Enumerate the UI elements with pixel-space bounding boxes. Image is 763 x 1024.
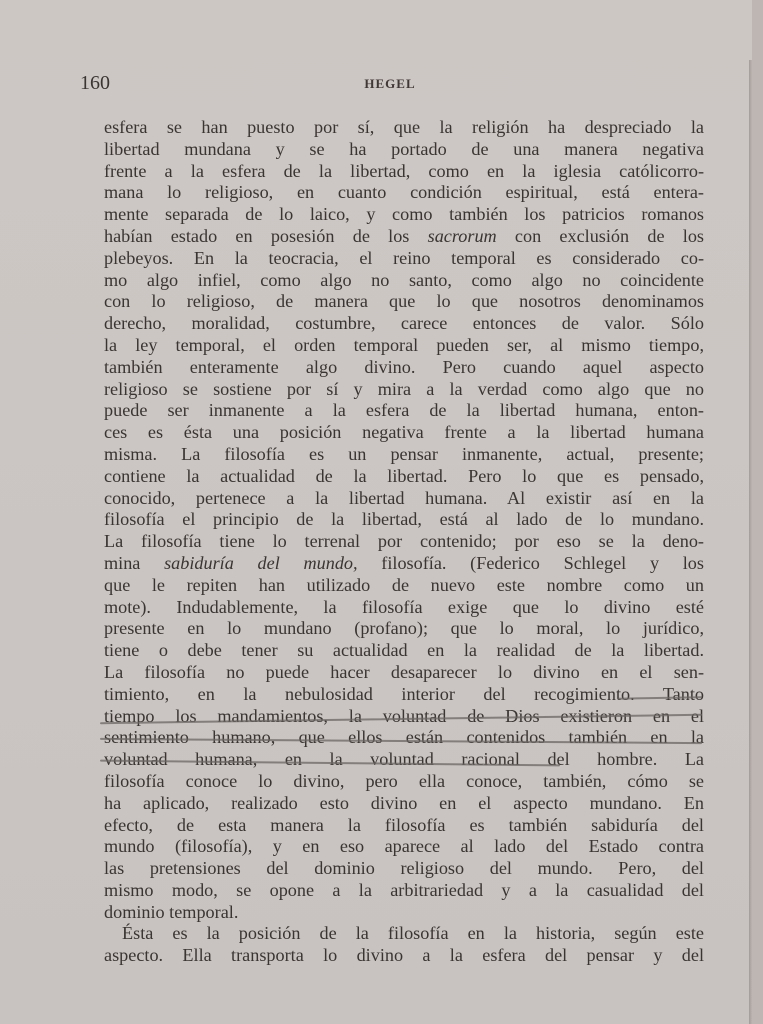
running-head: HEGEL xyxy=(80,76,700,92)
text-line: frente a la esfera de la libertad, como … xyxy=(104,161,704,183)
text-line: esfera se han puesto por sí, que la reli… xyxy=(104,117,704,139)
text-line: libertad mundana y se ha portado de una … xyxy=(104,139,704,161)
body-text: esfera se han puesto por sí, que la reli… xyxy=(104,117,704,967)
text-segment: filosofía. (Federico Schlegel y los xyxy=(358,553,704,573)
text-line: aspecto. Ella transporta lo divino a la … xyxy=(104,945,704,967)
text-line: efecto, de esta manera la filosofía es t… xyxy=(104,815,704,837)
text-line: la ley temporal, el orden temporal puede… xyxy=(104,335,704,357)
text-line: también enteramente algo divino. Pero cu… xyxy=(104,357,704,379)
text-line: con lo religioso, de manera que lo que n… xyxy=(104,291,704,313)
text-line: La filosofía tiene lo terrenal por conte… xyxy=(104,531,704,553)
text-line: religioso se sostiene por sí y mira a la… xyxy=(104,379,704,401)
text-segment: con exclusión de los xyxy=(497,226,704,246)
text-line-paragraph-end: dominio temporal. xyxy=(104,902,704,924)
text-line-paragraph-start: Ésta es la posición de la filosofía en l… xyxy=(104,923,704,945)
text-segment: mina xyxy=(104,553,164,573)
text-line: las pretensiones del dominio religioso d… xyxy=(104,858,704,880)
text-line-with-italic: habían estado en posesión de los sacroru… xyxy=(104,226,704,248)
text-line: plebeyos. En la teocracia, el reino temp… xyxy=(104,248,704,270)
text-line: ces es ésta una posición negativa frente… xyxy=(104,422,704,444)
text-line: mente separada de lo laico, y como tambi… xyxy=(104,204,704,226)
text-line: contiene la actualidad de la libertad. P… xyxy=(104,466,704,488)
text-line-with-italic: mina sabiduría del mundo, filosofía. (Fe… xyxy=(104,553,704,575)
italic-term: sacrorum xyxy=(428,226,497,246)
text-line: presente en lo mundano (profano); que lo… xyxy=(104,618,704,640)
text-line: mote). Indudablemente, la filosofía exig… xyxy=(104,597,704,619)
book-page: 160 HEGEL esfera se han puesto por sí, q… xyxy=(0,0,752,1024)
text-line: misma. La filosofía es un pensar inmanen… xyxy=(104,444,704,466)
text-line: conocido, pertenece a la libertad humana… xyxy=(104,488,704,510)
text-line: ha aplicado, realizado esto divino en el… xyxy=(104,793,704,815)
text-line: mo algo infiel, como algo no santo, como… xyxy=(104,270,704,292)
text-segment: habían estado en posesión de los xyxy=(104,226,428,246)
text-line: puede ser inmanente a la esfera de la li… xyxy=(104,400,704,422)
text-line: mismo modo, se opone a la arbitrariedad … xyxy=(104,880,704,902)
text-line: mundo (filosofía), y en eso aparece al l… xyxy=(104,836,704,858)
text-line: que le repiten han utilizado de nuevo es… xyxy=(104,575,704,597)
text-line: filosofía el principio de la libertad, e… xyxy=(104,509,704,531)
text-line: timiento, en la nebulosidad interior del… xyxy=(104,684,704,706)
text-line: tiene o debe tener su actualidad en la r… xyxy=(104,640,704,662)
text-line: derecho, moralidad, costumbre, carece en… xyxy=(104,313,704,335)
text-line: mana lo religioso, en cuanto condición e… xyxy=(104,182,704,204)
text-line: filosofía conoce lo divino, pero ella co… xyxy=(104,771,704,793)
page-header: 160 HEGEL xyxy=(80,70,700,100)
text-line: La filosofía no puede hacer desaparecer … xyxy=(104,662,704,684)
italic-term: sabiduría del mundo, xyxy=(164,553,357,573)
next-page-edge xyxy=(752,0,763,1024)
